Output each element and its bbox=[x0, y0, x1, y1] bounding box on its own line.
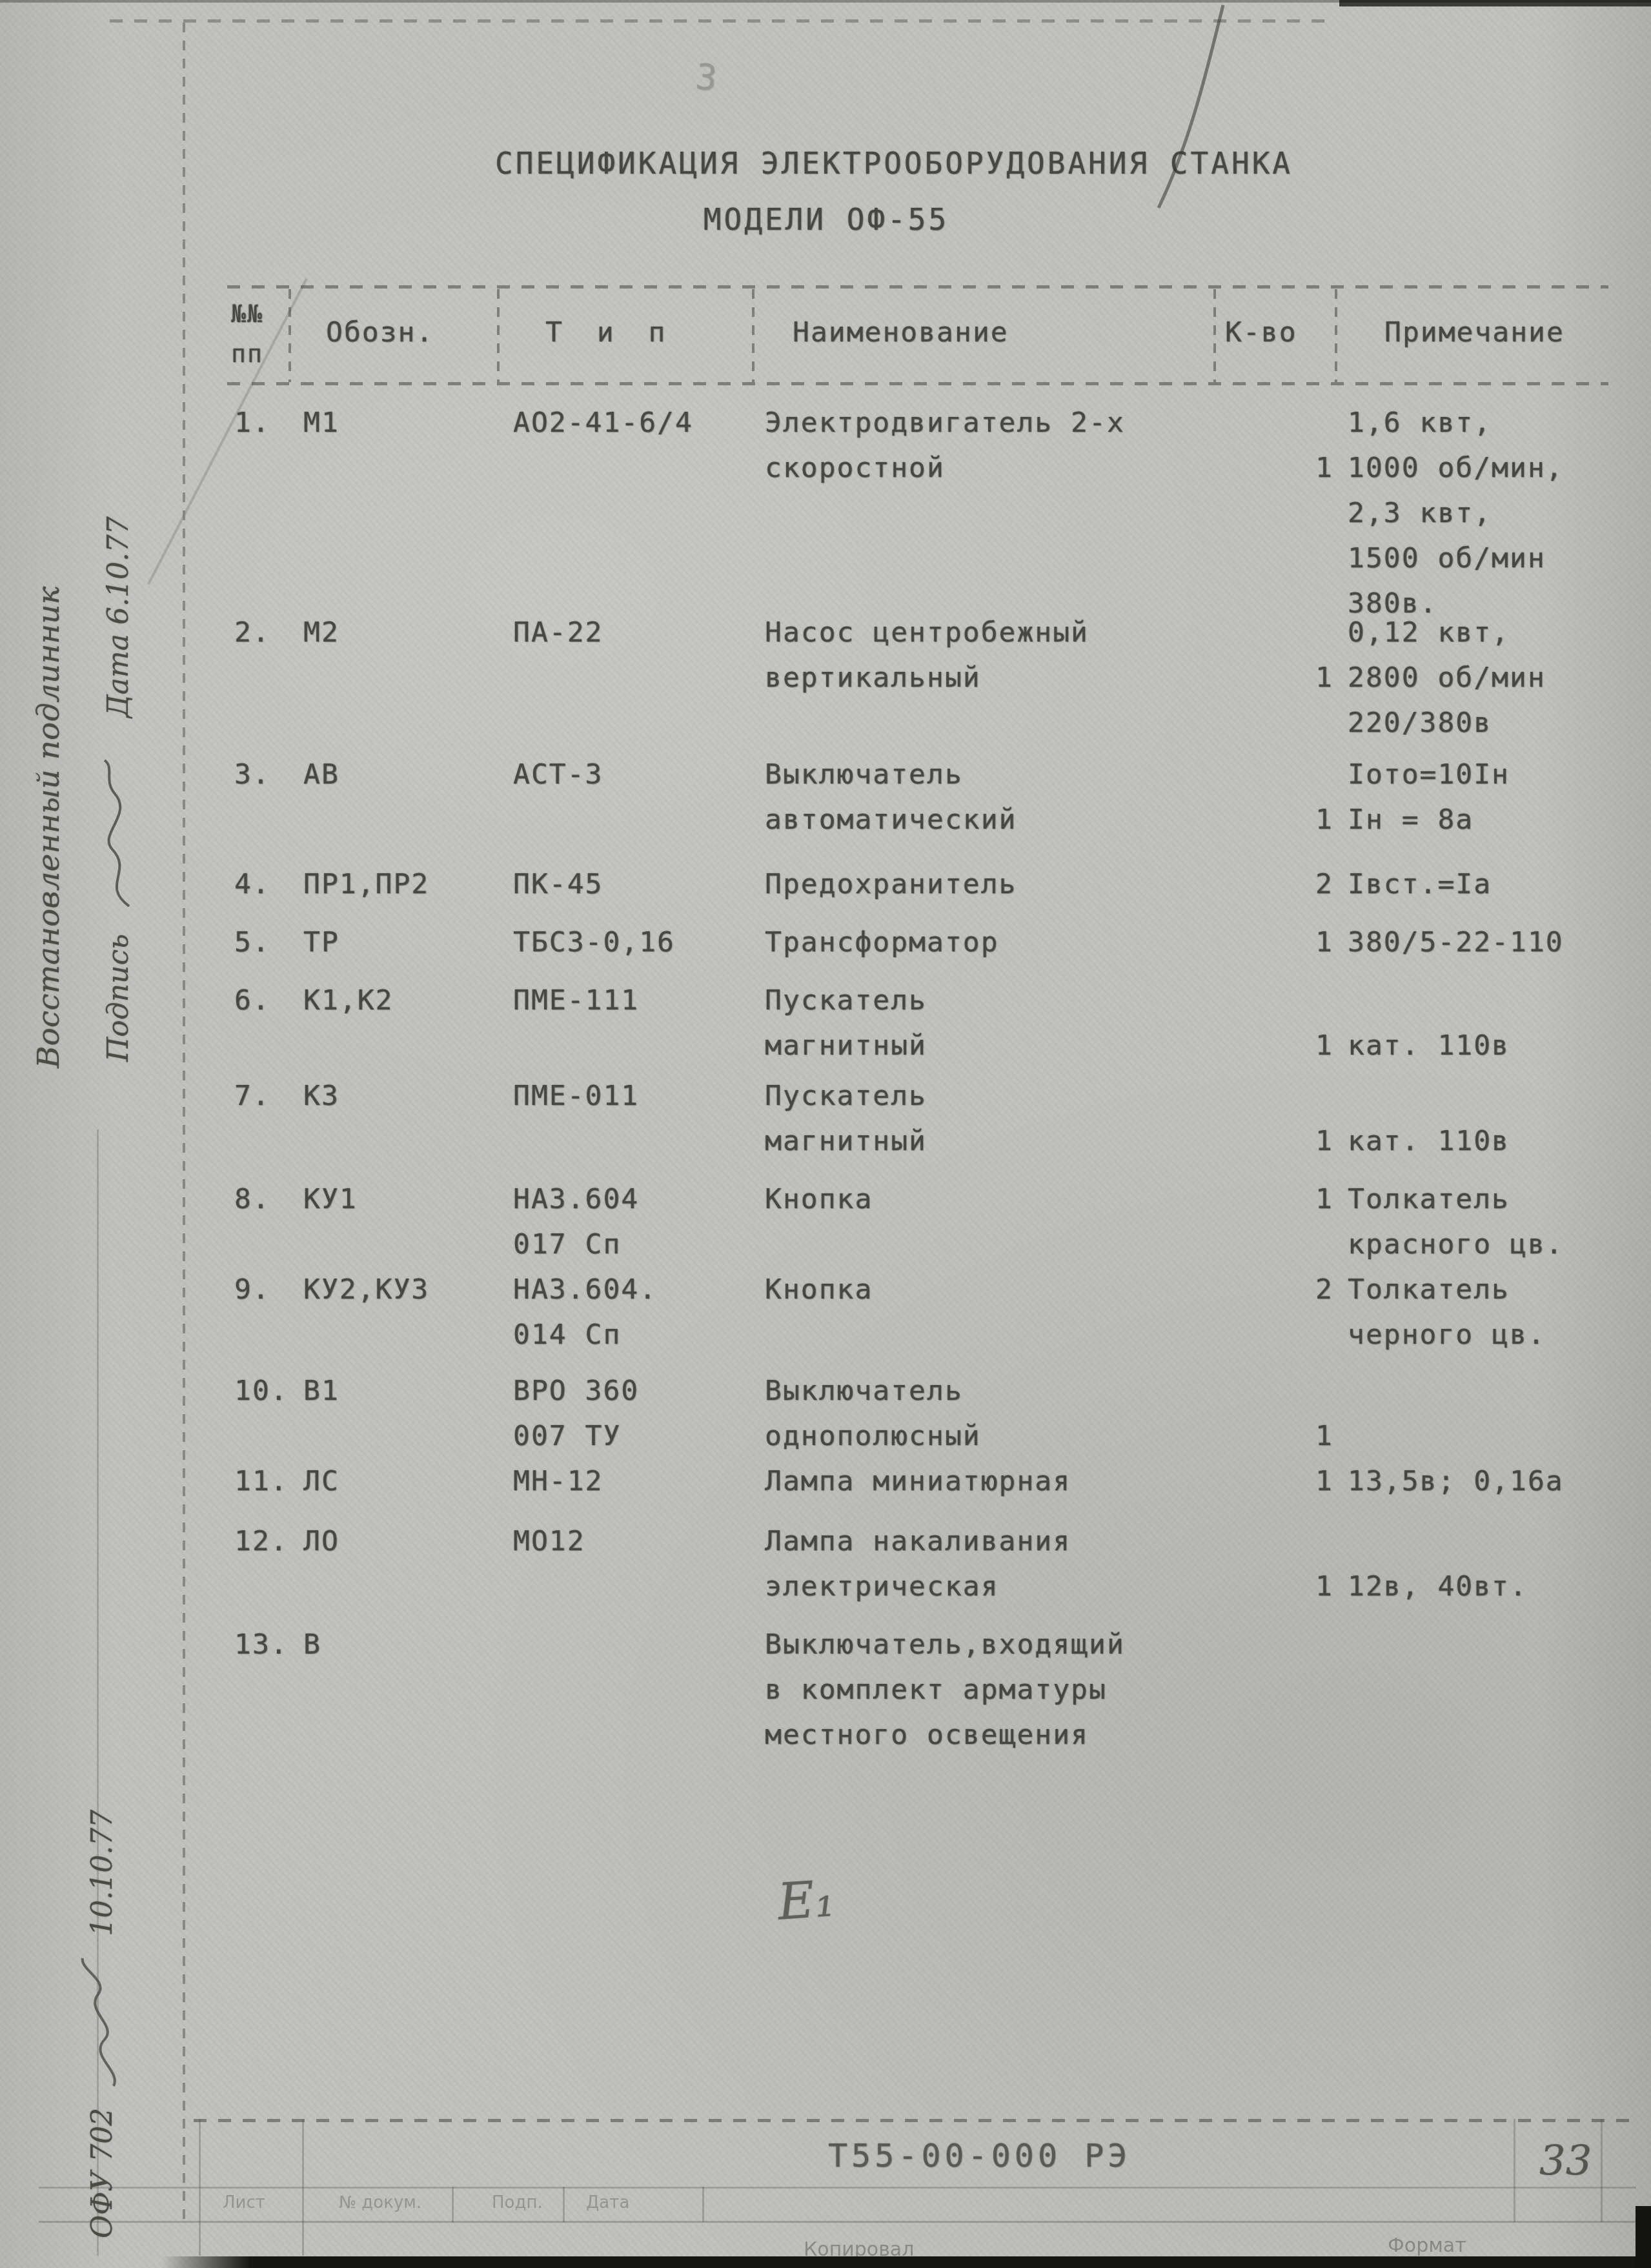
cell-note: 0,12 квт, 2800 об/мин 220/380в bbox=[1348, 610, 1625, 745]
cell-designation: М2 bbox=[303, 610, 503, 655]
margin-signature-row: Подпись Дата 6.10.77 bbox=[96, 516, 141, 1062]
signature-scribble bbox=[76, 1954, 128, 2090]
footer-label-sign: Подп. bbox=[492, 2193, 543, 2212]
cell-designation: АВ bbox=[303, 752, 503, 797]
cell-designation: КУ2,КУ3 bbox=[303, 1267, 503, 1312]
cell-type: ВРО 360 007 ТУ bbox=[513, 1368, 752, 1459]
cell-designation: В bbox=[303, 1622, 503, 1667]
footer-low-line bbox=[39, 2221, 1636, 2223]
cell-designation: ЛО bbox=[303, 1519, 503, 1564]
header-bottom-line bbox=[227, 382, 1608, 385]
col-header-name: Наименование bbox=[793, 310, 1009, 355]
footer-divider bbox=[1514, 2119, 1515, 2222]
col-header-note: Примечание bbox=[1384, 310, 1565, 355]
cell-num: 7. bbox=[234, 1073, 305, 1119]
header-divider bbox=[1335, 289, 1337, 382]
cell-num: 8. bbox=[234, 1177, 305, 1222]
cell-designation: ЛС bbox=[303, 1459, 503, 1504]
margin-lower-block: ОФУ 702 10.10.77 bbox=[76, 1810, 128, 2238]
cell-type: ПА-22 bbox=[513, 610, 752, 655]
footer-divider bbox=[199, 2119, 201, 2256]
cell-num: 2. bbox=[234, 610, 305, 655]
cell-name: Предохранитель bbox=[765, 862, 1220, 907]
cell-type: МН-12 bbox=[513, 1459, 752, 1504]
cell-name: Лампа миниатюрная bbox=[765, 1459, 1220, 1504]
cell-name: Электродвигатель 2-х скоростной bbox=[765, 400, 1220, 491]
cell-designation: ТР bbox=[303, 920, 503, 965]
cell-designation: К3 bbox=[303, 1073, 503, 1119]
cell-name: Выключатель,входящий в комплект арматуры… bbox=[765, 1622, 1220, 1757]
cell-num: 12. bbox=[234, 1519, 305, 1564]
cell-type: НА3.604. 014 Сп bbox=[513, 1267, 752, 1357]
cell-type: ПК-45 bbox=[513, 862, 752, 907]
lower-date: 10.10.77 bbox=[86, 1810, 119, 1936]
scan-edge-top-thin bbox=[0, 0, 1651, 3]
cell-type: ПМЕ-011 bbox=[513, 1073, 752, 1119]
cell-qty: 1 bbox=[1315, 1413, 1354, 1459]
signature-scribble bbox=[96, 756, 141, 911]
footer-label-date: Дата bbox=[586, 2193, 629, 2212]
cell-name: Трансформатор bbox=[765, 920, 1220, 965]
col-header-type: Т и п bbox=[545, 310, 674, 355]
page-title: СПЕЦИФИКАЦИЯ ЭЛЕКТРООБОРУДОВАНИЯ СТАНКА bbox=[194, 141, 1594, 186]
footer-top-line bbox=[194, 2119, 1636, 2122]
cell-note: 13,5в; 0,16а bbox=[1348, 1459, 1625, 1504]
cell-note: 380/5-22-110 bbox=[1348, 920, 1625, 965]
cell-num: 13. bbox=[234, 1622, 305, 1667]
cell-name: Выключатель автоматический bbox=[765, 752, 1220, 842]
cell-type: ПМЕ-111 bbox=[513, 978, 752, 1023]
cell-designation: ПР1,ПР2 bbox=[303, 862, 503, 907]
footer-divider bbox=[563, 2187, 565, 2222]
cell-designation: КУ1 bbox=[303, 1177, 503, 1222]
scan-edge-corner bbox=[1636, 2206, 1651, 2268]
col-header-num: №№ пп bbox=[231, 294, 263, 374]
cell-note: Iвст.=Iа bbox=[1348, 862, 1625, 907]
cell-num: 5. bbox=[234, 920, 305, 965]
cell-num: 3. bbox=[234, 752, 305, 797]
signature-label: Подпись bbox=[102, 934, 135, 1062]
cell-name: Выключатель однополюсный bbox=[765, 1368, 1220, 1459]
footer-mid-line bbox=[39, 2187, 1636, 2189]
margin-restored-note: Восстановленный подлинник bbox=[31, 586, 66, 1068]
lower-code: ОФУ 702 bbox=[86, 2108, 119, 2238]
cell-num: 9. bbox=[234, 1267, 305, 1312]
col-header-qty: К-во bbox=[1225, 310, 1297, 355]
footer-divider bbox=[452, 2187, 454, 2222]
cell-num: 6. bbox=[234, 978, 305, 1023]
page-number: 33 bbox=[1539, 2138, 1592, 2185]
header-top-line bbox=[227, 285, 1608, 289]
center-mark: Е₁ bbox=[776, 1870, 836, 1932]
stray-digit: 3 bbox=[693, 54, 720, 101]
cell-note: Толкатель красного цв. bbox=[1348, 1177, 1625, 1267]
cell-designation: К1,К2 bbox=[303, 978, 503, 1023]
footer-format-label: Формат bbox=[1388, 2234, 1466, 2257]
restored-note-text: Восстановленный подлинник bbox=[31, 586, 66, 1068]
page-subtitle: МОДЕЛИ ОФ-55 bbox=[194, 197, 1459, 242]
date-note: Дата 6.10.77 bbox=[102, 516, 135, 718]
cell-name: Насос центробежный вертикальный bbox=[765, 610, 1220, 700]
cell-type: МО12 bbox=[513, 1519, 752, 1564]
header-divider bbox=[1213, 289, 1216, 382]
cell-type: НА3.604 017 Сп bbox=[513, 1177, 752, 1267]
doc-number-stamp: Т55-00-000 РЭ bbox=[828, 2133, 1131, 2178]
cell-designation: М1 bbox=[303, 400, 503, 445]
cell-num: 4. bbox=[234, 862, 305, 907]
header-divider bbox=[289, 289, 291, 382]
cell-note: кат. 110в bbox=[1348, 1119, 1625, 1164]
cell-note: 1,6 квт, 1000 об/мин, 2,3 квт, 1500 об/м… bbox=[1348, 400, 1625, 626]
cell-type: АСТ-3 bbox=[513, 752, 752, 797]
cell-num: 10. bbox=[234, 1368, 305, 1413]
cell-num: 1. bbox=[234, 400, 305, 445]
footer-label-docnum: № докум. bbox=[339, 2193, 421, 2212]
cell-num: 11. bbox=[234, 1459, 305, 1504]
cell-name: Пускатель магнитный bbox=[765, 1073, 1220, 1164]
cell-note: 12в, 40вт. bbox=[1348, 1564, 1625, 1609]
header-divider bbox=[752, 289, 755, 382]
cell-designation: В1 bbox=[303, 1368, 503, 1413]
cell-name: Пускатель магнитный bbox=[765, 978, 1220, 1068]
cell-name: Кнопка bbox=[765, 1177, 1220, 1222]
footer-label-list: Лист bbox=[223, 2193, 265, 2212]
col-header-designation: Обозн. bbox=[326, 310, 434, 355]
scan-edge-bottom bbox=[161, 2256, 1651, 2268]
cell-note: Толкатель черного цв. bbox=[1348, 1267, 1625, 1357]
document-page: 3 СПЕЦИФИКАЦИЯ ЭЛЕКТРООБОРУДОВАНИЯ СТАНК… bbox=[0, 0, 1651, 2268]
cell-note: Iото=10Iн Iн = 8а bbox=[1348, 752, 1625, 842]
cell-type: АО2-41-6/4 bbox=[513, 400, 752, 445]
cell-name: Лампа накаливания электрическая bbox=[765, 1519, 1220, 1609]
header-divider bbox=[497, 289, 500, 382]
footer-divider bbox=[702, 2187, 704, 2222]
cell-type: ТБС3-0,16 bbox=[513, 920, 752, 965]
footer-divider bbox=[302, 2119, 304, 2256]
footer-divider bbox=[1601, 2119, 1603, 2222]
cell-note: кат. 110в bbox=[1348, 1023, 1625, 1068]
cell-name: Кнопка bbox=[765, 1267, 1220, 1312]
